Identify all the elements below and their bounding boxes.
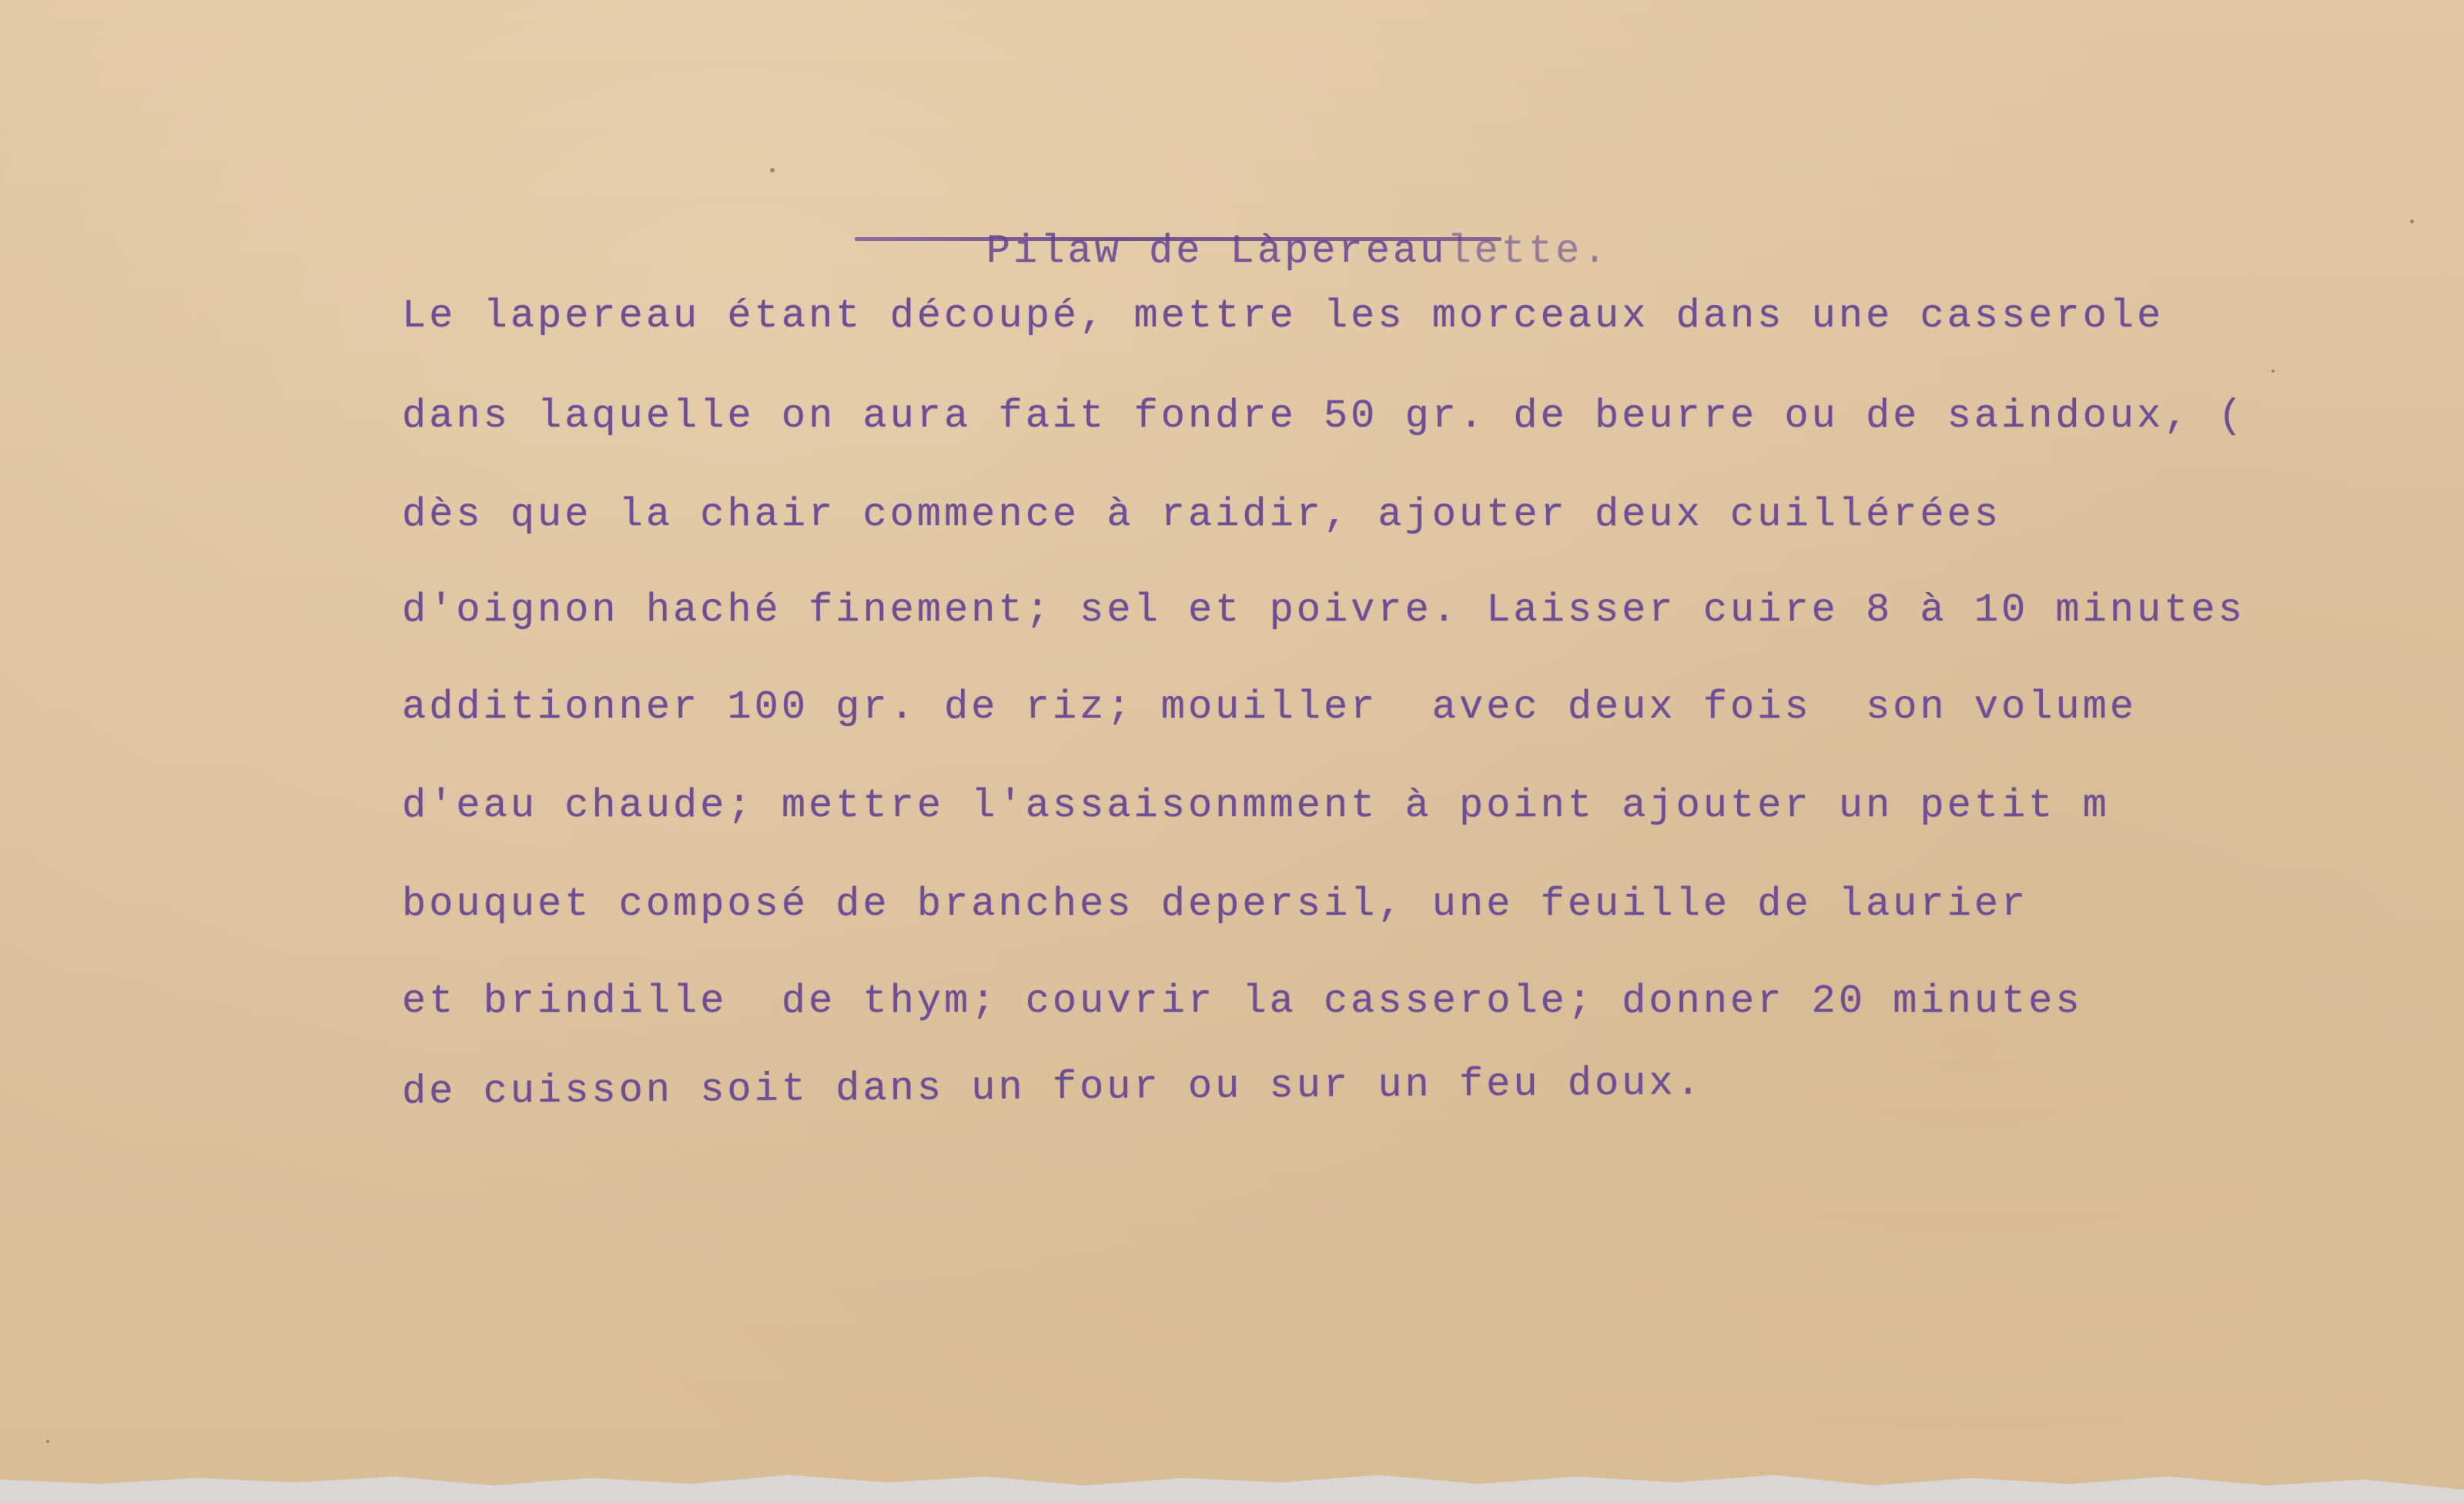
recipe-line: d'eau chaude; mettre l'assaisonmment à p… xyxy=(402,786,2110,826)
paper-speck xyxy=(2410,219,2414,223)
recipe-line: Le lapereau étant découpé, mettre les mo… xyxy=(402,296,2164,336)
recipe-line: et brindille de thym; couvrir la cassero… xyxy=(402,982,2083,1022)
recipe-line: dans laquelle on aura fait fondre 50 gr.… xyxy=(402,397,2245,437)
recipe-line: bouquet composé de branches depersil, un… xyxy=(402,885,2028,925)
recipe-line: additionner 100 gr. de riz; mouiller ave… xyxy=(402,688,2137,728)
title-main: Pilaw de Làpereau xyxy=(986,229,1448,274)
title-underline xyxy=(855,237,1501,241)
recipe-line: d'oignon haché finement; sel et poivre. … xyxy=(402,591,2245,631)
paper-speck xyxy=(135,1485,138,1495)
paper-sheet: Pilaw de Làpereaulette. Le lapereau étan… xyxy=(0,0,2464,1490)
paper-speck xyxy=(770,168,775,172)
recipe-line: de cuisson soit dans un four ou sur un f… xyxy=(402,1063,1703,1113)
recipe-line: dès que la chair commence à raidir, ajou… xyxy=(402,495,2001,535)
title-overstrike: lette. xyxy=(1447,229,1609,274)
paper-speck xyxy=(46,1440,49,1443)
paper-speck xyxy=(2271,370,2275,373)
